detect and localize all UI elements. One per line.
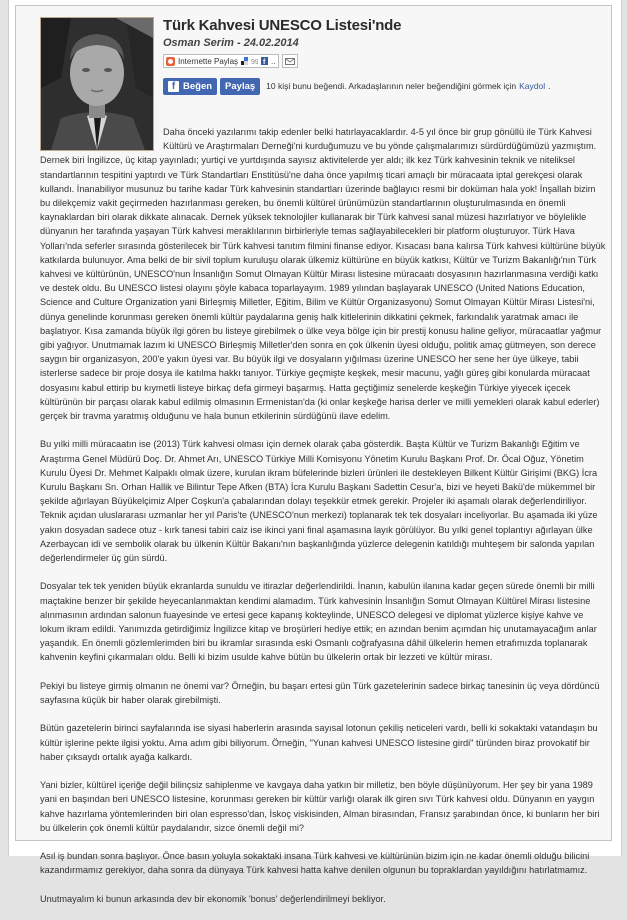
share-label: Paylaş	[225, 78, 255, 95]
article-body: Daha önceki yazılarımı takip edenler bel…	[40, 125, 606, 856]
article-byline: Osman Serim - 24.02.2014	[163, 37, 299, 49]
svg-text:99: 99	[251, 59, 258, 65]
addthis-share-button[interactable]: Internette Paylaş 99 f ..	[163, 54, 279, 68]
like-label: Beğen	[183, 78, 212, 95]
mail-icon	[285, 58, 295, 65]
article-title: Türk Kahvesi UNESCO Listesi'nde	[163, 17, 401, 34]
more-share-ellipsis[interactable]: ..	[271, 57, 275, 66]
delicious-icon[interactable]	[241, 57, 248, 65]
paragraph: Dosyalar tek tek yeniden büyük ekranlard…	[40, 579, 606, 664]
facebook-share-button[interactable]: Paylaş	[220, 78, 260, 95]
facebook-icon: f	[168, 81, 179, 92]
paragraph: Pekiyi bu listeye girmiş olmanın ne önem…	[40, 679, 606, 707]
like-count-text: 10 kişi bunu beğendi. Arkadaşlarının nel…	[266, 81, 516, 91]
paragraph: Yani bizler, kültürel içeriğe değil bili…	[40, 778, 606, 835]
facebook-like-bar: f Beğen Paylaş 10 kişi bunu beğendi. Ark…	[163, 77, 551, 95]
addthis-icon	[166, 57, 175, 66]
paragraph: Bu yılki milli müracaatın ise (2013) Tür…	[40, 437, 606, 565]
addthis-label: Internette Paylaş	[178, 57, 238, 66]
paragraph: Asıl iş bundan sonra başlıyor. Önce bası…	[40, 849, 606, 856]
paragraph: Daha önceki yazılarımı takip edenler bel…	[40, 125, 606, 423]
photo-float-spacer	[40, 125, 163, 152]
paragraph: Bütün gazetelerin birinci sayfalarında i…	[40, 721, 606, 764]
article-card: Türk Kahvesi UNESCO Listesi'nde Osman Se…	[15, 5, 612, 841]
facebook-like-button[interactable]: f Beğen	[163, 78, 217, 95]
email-share-button[interactable]	[282, 54, 298, 68]
facebook-share-icon[interactable]: f	[261, 57, 268, 65]
digg-icon[interactable]: 99	[251, 57, 258, 65]
signup-link[interactable]: Kaydol	[519, 81, 545, 91]
share-toolbar: Internette Paylaş 99 f ..	[163, 54, 298, 68]
like-text-end: .	[548, 81, 550, 91]
